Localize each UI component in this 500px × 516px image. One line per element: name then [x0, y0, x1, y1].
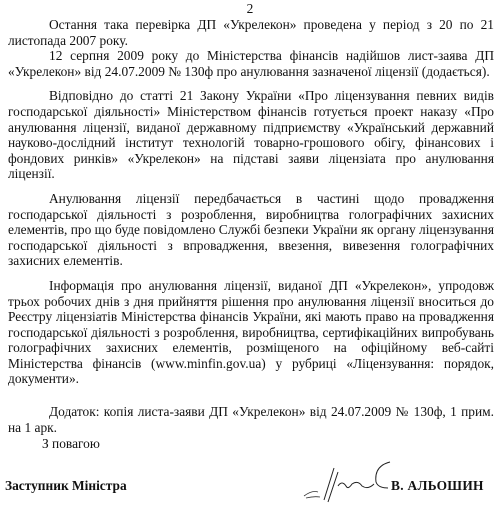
paragraph-draft-order: Відповідно до статті 21 Закону України «… — [8, 88, 494, 182]
closing-regards: З повагою — [42, 436, 100, 452]
signatory-name: В. АЛЬОШИН — [391, 478, 484, 494]
paragraph-last-inspection: Остання така перевірка ДП «Укрелекон» пр… — [8, 17, 494, 48]
paragraph-application-letter: 12 серпня 2009 року до Міністерства фіна… — [8, 48, 494, 79]
signatory-title: Заступник Міністра — [5, 478, 127, 494]
handwritten-signature-icon — [302, 456, 402, 504]
paragraph-license-cancellation: Анулювання ліцензії передбачається в час… — [8, 191, 494, 269]
letter-body: Остання така перевірка ДП «Укрелекон» пр… — [8, 17, 494, 435]
attachment-note: Додаток: копія листа-заяви ДП «Укрелекон… — [8, 404, 494, 435]
page-number: 2 — [0, 1, 500, 17]
paragraph-registry-info: Інформація про анулювання ліцензії, вида… — [8, 278, 494, 387]
